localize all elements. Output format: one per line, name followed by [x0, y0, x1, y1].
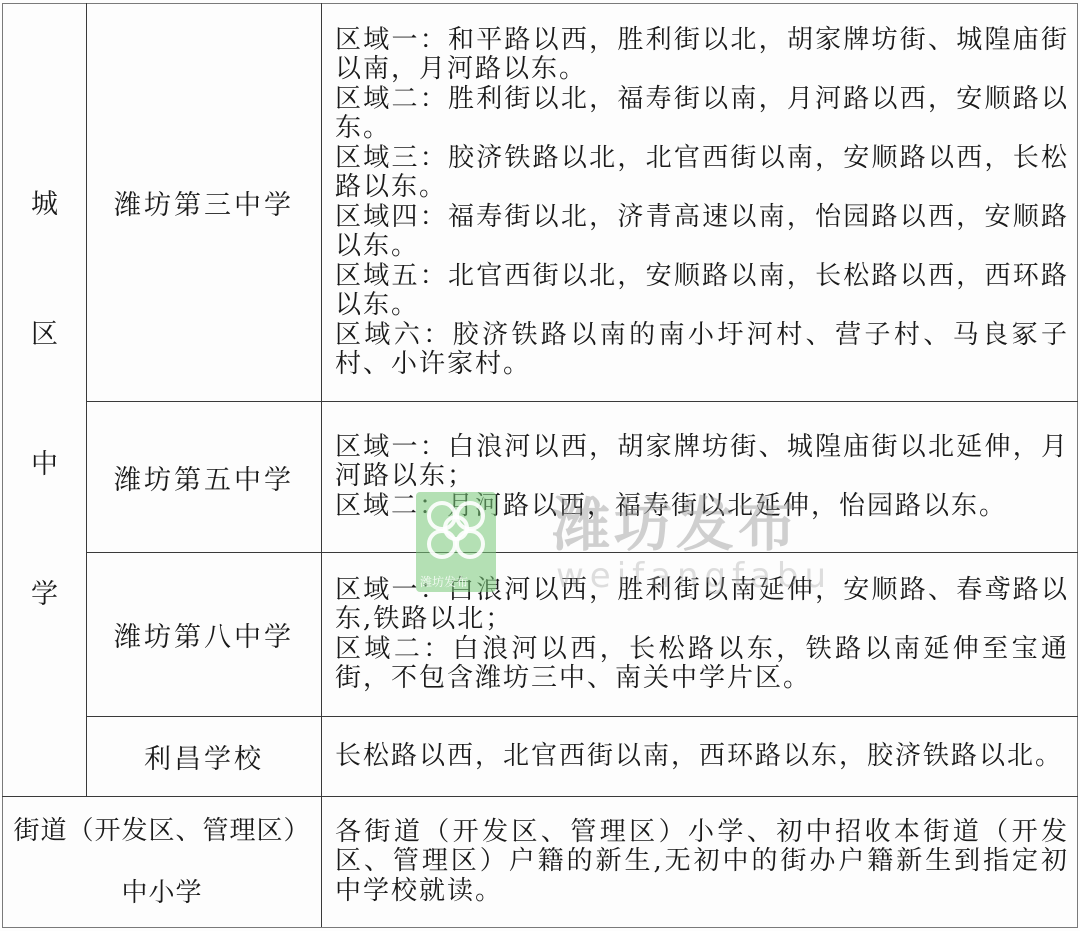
street-schools-label-cell: 街道（开发区、管理区） 中小学: [3, 797, 322, 928]
area-item: 区域二：胜利街以北，福寿街以南，月河路以西，安顺路以东。: [335, 85, 1069, 144]
district-char: 城: [3, 140, 86, 270]
area-item: 区域一：和平路以西，胜利街以北，胡家牌坊街、城隍庙街以南，月河路以东。: [335, 26, 1069, 85]
school-name-cell: 潍坊第八中学: [87, 553, 322, 717]
district-label-cell: 城 区 中 学: [3, 4, 87, 797]
table-row: 城 区 中 学 潍坊第三中学 区域一：和平路以西，胜利街以北，胡家牌坊街、城隍庙…: [3, 4, 1078, 402]
school-zoning-table: 城 区 中 学 潍坊第三中学 区域一：和平路以西，胜利街以北，胡家牌坊街、城隍庙…: [2, 3, 1078, 928]
district-char: 区: [3, 270, 86, 400]
street-label-line: 街道（开发区、管理区）: [3, 800, 321, 862]
area-item: 区域二：月河路以西，福寿街以北延伸，怡园路以东。: [335, 492, 1069, 522]
area-item: 区域一：白浪河以西，胜利街以南延伸，安顺路、春鸢路以东,铁路以北；: [335, 576, 1069, 635]
table-row: 利昌学校 长松路以西，北官西街以南，西环路以东，胶济铁路以北。: [3, 717, 1078, 797]
document-page: 城 区 中 学 潍坊第三中学 区域一：和平路以西，胜利街以北，胡家牌坊街、城隍庙…: [0, 0, 1080, 931]
school-name-cell: 利昌学校: [87, 717, 322, 797]
area-description-cell: 区域一：白浪河以西，胜利街以南延伸，安顺路、春鸢路以东,铁路以北； 区域二：白浪…: [322, 553, 1078, 717]
street-label-line: 中小学: [3, 862, 321, 924]
area-item: 区域一：白浪河以西，胡家牌坊街、城隍庙街以北延伸，月河路以东；: [335, 433, 1069, 492]
area-description-cell: 区域一：白浪河以西，胡家牌坊街、城隍庙街以北延伸，月河路以东； 区域二：月河路以…: [322, 402, 1078, 553]
area-item: 区域五：北官西街以北，安顺路以南，长松路以西，西环路以东。: [335, 262, 1069, 321]
school-name-cell: 潍坊第三中学: [87, 4, 322, 402]
area-item: 区域六：胶济铁路以南的南小圩河村、营子村、马良冢子村、小许家村。: [335, 321, 1069, 380]
street-description-cell: 各街道（开发区、管理区）小学、初中招收本街道（开发区、管理区）户籍的新生,无初中…: [322, 797, 1078, 928]
area-description-cell: 长松路以西，北官西街以南，西环路以东，胶济铁路以北。: [322, 717, 1078, 797]
area-item: 区域四：福寿街以北，济青高速以南，怡园路以西，安顺路以东。: [335, 203, 1069, 262]
table-row: 潍坊第五中学 区域一：白浪河以西，胡家牌坊街、城隍庙街以北延伸，月河路以东； 区…: [3, 402, 1078, 553]
district-char: 学: [3, 530, 86, 660]
district-char: 中: [3, 400, 86, 530]
table-row: 潍坊第八中学 区域一：白浪河以西，胜利街以南延伸，安顺路、春鸢路以东,铁路以北；…: [3, 553, 1078, 717]
school-name-cell: 潍坊第五中学: [87, 402, 322, 553]
table-row: 街道（开发区、管理区） 中小学 各街道（开发区、管理区）小学、初中招收本街道（开…: [3, 797, 1078, 928]
area-item: 区域三：胶济铁路以北，北官西街以南，安顺路以西，长松路以东。: [335, 144, 1069, 203]
area-description-cell: 区域一：和平路以西，胜利街以北，胡家牌坊街、城隍庙街以南，月河路以东。 区域二：…: [322, 4, 1078, 402]
area-item: 区域二：白浪河以西，长松路以东，铁路以南延伸至宝通街，不包含潍坊三中、南关中学片…: [335, 635, 1069, 694]
area-item: 长松路以西，北官西街以南，西环路以东，胶济铁路以北。: [335, 742, 1069, 772]
